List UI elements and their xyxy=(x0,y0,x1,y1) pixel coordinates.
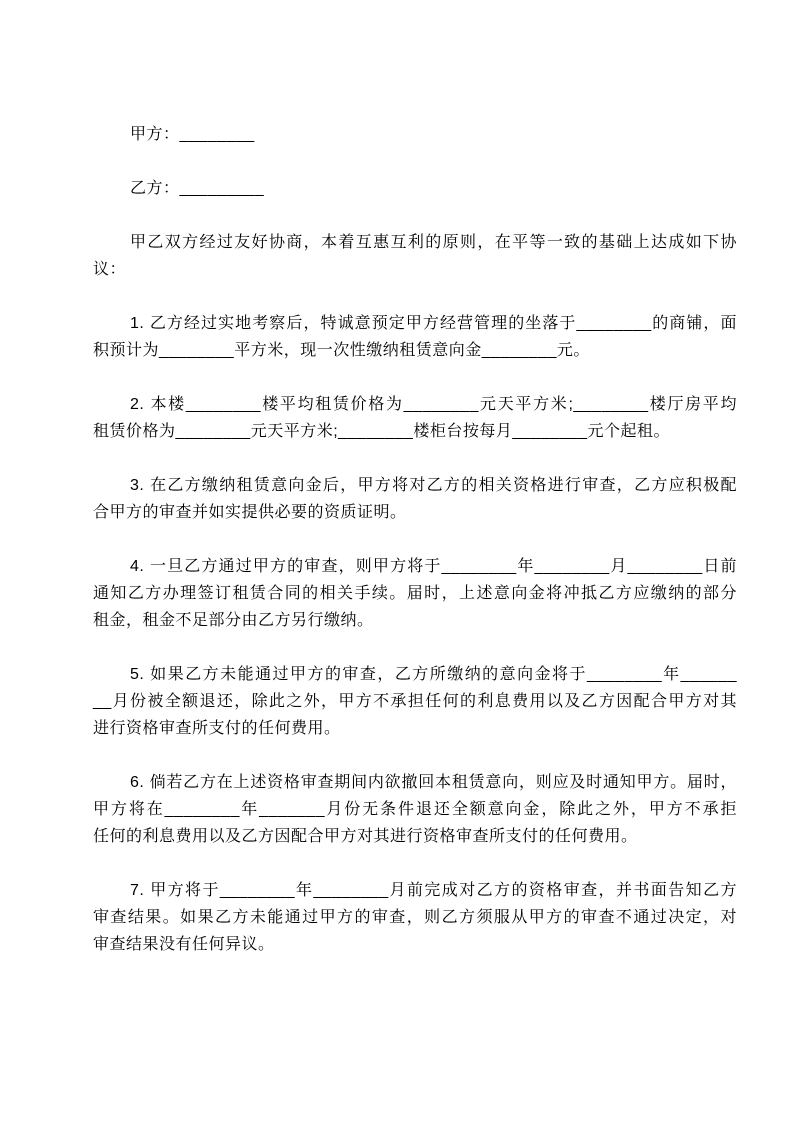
clause-5-paragraph: 5. 如果乙方未能通过甲方的审查，乙方所缴纳的意向金将于________年___… xyxy=(93,661,737,742)
text-line: 合甲方的审查并如实提供必要的资质证明。 xyxy=(93,499,737,526)
document-page: 甲方：________ 乙方：_________ 甲乙双方经过友好协商，本着互惠… xyxy=(0,0,793,1122)
clause-4-paragraph: 4. 一旦乙方通过甲方的审查，则甲方将于________年________月__… xyxy=(93,553,737,634)
text-line: 租金，租金不足部分由乙方另行缴纳。 xyxy=(93,607,737,634)
text-line: 甲乙双方经过友好协商，本着互惠互利的原则，在平等一致的基础上达成如下协 xyxy=(93,229,737,256)
preamble-paragraph: 甲乙双方经过友好协商，本着互惠互利的原则，在平等一致的基础上达成如下协 议： xyxy=(93,229,737,283)
text-line: __月份被全额退还，除此之外，甲方不承担任何的利息费用以及乙方因配合甲方对其 xyxy=(93,688,737,715)
clause-3-paragraph: 3. 在乙方缴纳租赁意向金后，甲方将对乙方的相关资格进行审查，乙方应积极配 合甲… xyxy=(93,472,737,526)
text-line: 通知乙方办理签订租赁合同的相关手续。届时，上述意向金将冲抵乙方应缴纳的部分 xyxy=(93,580,737,607)
party-a-line: 甲方：________ xyxy=(93,121,737,148)
contract-body: 甲方：________ 乙方：_________ 甲乙双方经过友好协商，本着互惠… xyxy=(93,121,737,985)
text-line: 甲方：________ xyxy=(93,121,737,148)
text-line: 租赁价格为________元天平方米;________楼柜台按每月_______… xyxy=(93,418,737,445)
clause-1-paragraph: 1. 乙方经过实地考察后，特诚意预定甲方经营管理的坐落于________的商铺，… xyxy=(93,310,737,364)
text-line: 议： xyxy=(93,256,737,283)
text-line: 审查结果。如果乙方未能通过甲方的审查，则乙方须服从甲方的审查不通过决定，对 xyxy=(93,904,737,931)
text-line: 5. 如果乙方未能通过甲方的审查，乙方所缴纳的意向金将于________年___… xyxy=(93,661,737,688)
clause-7-paragraph: 7. 甲方将于________年________月前完成对乙方的资格审查，并书面… xyxy=(93,877,737,958)
text-line: 7. 甲方将于________年________月前完成对乙方的资格审查，并书面… xyxy=(93,877,737,904)
text-line: 进行资格审查所支付的任何费用。 xyxy=(93,715,737,742)
text-line: 审查结果没有任何异议。 xyxy=(93,931,737,958)
text-line: 4. 一旦乙方通过甲方的审查，则甲方将于________年________月__… xyxy=(93,553,737,580)
text-line: 2. 本楼________楼平均租赁价格为________元天平方米;_____… xyxy=(93,391,737,418)
party-b-line: 乙方：_________ xyxy=(93,175,737,202)
text-line: 乙方：_________ xyxy=(93,175,737,202)
clause-2-paragraph: 2. 本楼________楼平均租赁价格为________元天平方米;_____… xyxy=(93,391,737,445)
text-line: 6. 倘若乙方在上述资格审查期间内欲撤回本租赁意向，则应及时通知甲方。届时， xyxy=(93,769,737,796)
text-line: 积预计为________平方米，现一次性缴纳租赁意向金________元。 xyxy=(93,337,737,364)
clause-6-paragraph: 6. 倘若乙方在上述资格审查期间内欲撤回本租赁意向，则应及时通知甲方。届时， 甲… xyxy=(93,769,737,850)
text-line: 任何的利息费用以及乙方因配合甲方对其进行资格审查所支付的任何费用。 xyxy=(93,823,737,850)
text-line: 甲方将在________年_______月份无条件退还全额意向金，除此之外，甲方… xyxy=(93,796,737,823)
text-line: 1. 乙方经过实地考察后，特诚意预定甲方经营管理的坐落于________的商铺，… xyxy=(93,310,737,337)
text-line: 3. 在乙方缴纳租赁意向金后，甲方将对乙方的相关资格进行审查，乙方应积极配 xyxy=(93,472,737,499)
